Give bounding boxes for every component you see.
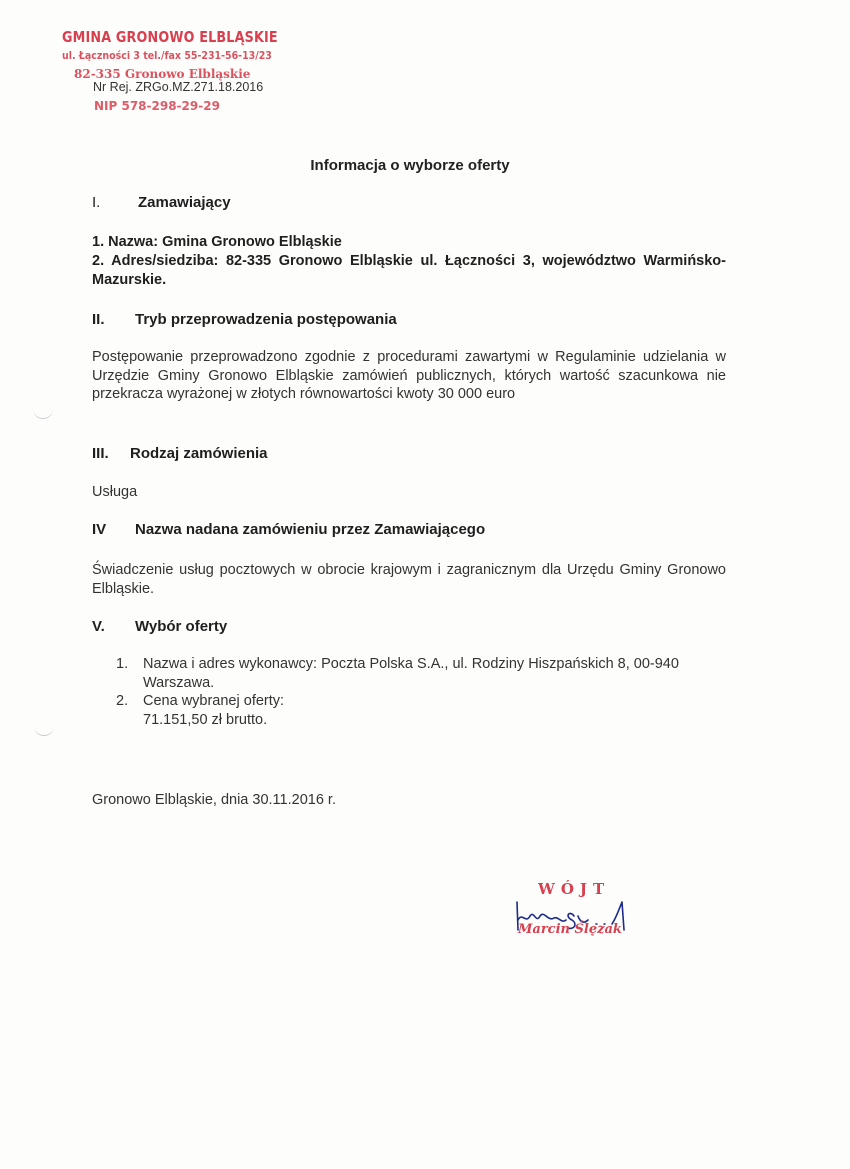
signature-block: WÓJT Marcin Ślęzak [512,880,647,950]
section-title: Wybór oferty [135,618,227,635]
section-number: I. [92,194,138,211]
section-title: Tryb przeprowadzenia postępowania [135,311,397,328]
section-4-body: Świadczenie usług pocztowych w obrocie k… [92,561,726,598]
section-title: Rodzaj zamówienia [130,445,268,462]
stamp-line-3: 82-335 Gronowo Elbląskie [74,68,250,80]
offer-price: 71.151,50 zł brutto. [143,711,726,730]
place-and-date: Gronowo Elbląskie, dnia 30.11.2016 r. [92,792,336,808]
list-item: 1. Nazwa i adres wykonawcy: Poczta Polsk… [116,655,726,692]
list-item: 2. Cena wybranej oferty: 71.151,50 zł br… [116,692,726,729]
offer-list: 1. Nazwa i adres wykonawcy: Poczta Polsk… [116,655,726,729]
document-page: GMINA GRONOWO ELBLĄSKIE ul. Łączności 3 … [0,0,850,1169]
stamp-line-2: ul. Łączności 3 tel./fax 55-231-56-13/23 [62,51,272,62]
section-1-line-1: 1. Nazwa: Gmina Gronowo Elbląskie [92,233,726,252]
section-title: Nazwa nadana zamówieniu przez Zamawiając… [135,521,485,538]
section-number: V. [92,618,135,635]
section-heading-3: III.Rodzaj zamówienia [92,445,268,462]
section-heading-4: IVNazwa nadana zamówieniu przez Zamawiaj… [92,521,485,538]
punch-hole-mark [34,725,54,736]
section-number: III. [92,445,130,462]
section-3-body: Usługa [92,483,726,502]
section-number: IV [92,521,135,538]
section-1-line-2: 2. Adres/siedziba: 82-335 Gronowo Elbląs… [92,252,726,289]
list-text: Cena wybranej oferty: [143,692,726,711]
stamp-line-1: GMINA GRONOWO ELBLĄSKIE [62,30,278,45]
document-title: Informacja o wyborze oferty [0,157,820,174]
section-heading-5: V.Wybór oferty [92,618,227,635]
signatory-name: Marcin Ślęzak [518,922,622,937]
list-text: Nazwa i adres wykonawcy: Poczta Polska S… [143,656,679,691]
section-heading-1: I.Zamawiający [92,194,231,211]
section-2-body: Postępowanie przeprowadzono zgodnie z pr… [92,348,726,404]
list-number: 1. [116,655,128,674]
punch-hole-mark [33,408,53,419]
reference-number: Nr Rej. ZRGo.MZ.271.18.2016 [93,80,263,94]
section-heading-2: II.Tryb przeprowadzenia postępowania [92,311,397,328]
list-number: 2. [116,692,128,711]
stamp-line-4: NIP 578-298-29-29 [94,100,220,112]
section-number: II. [92,311,135,328]
section-title: Zamawiający [138,194,231,211]
